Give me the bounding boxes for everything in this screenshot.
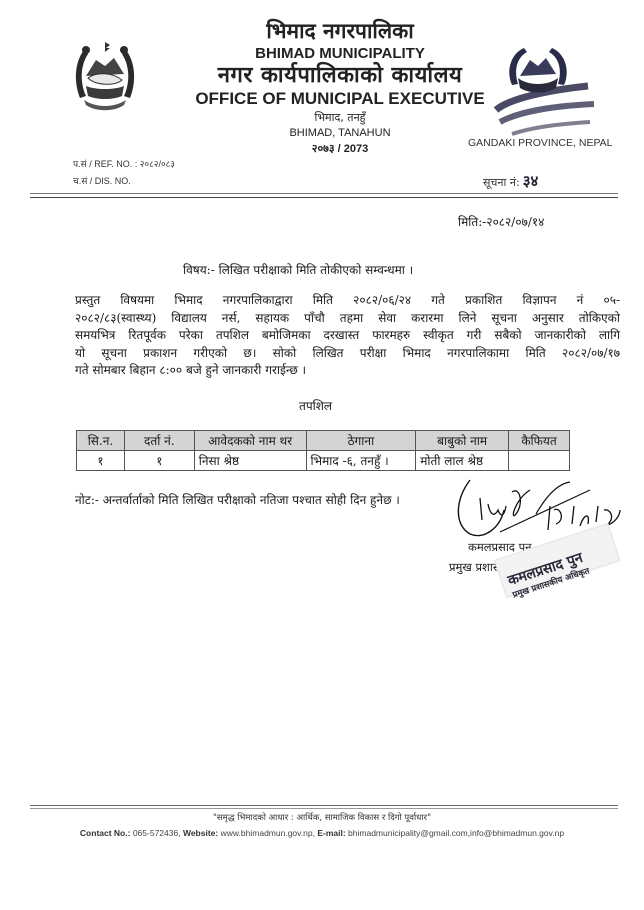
body-line: गते सोमबार बिहान ८:०० बजे हुने जानकारी ग… [75, 362, 620, 380]
cell-remarks [509, 451, 570, 471]
body-line: यो सूचना प्रकाशन गरीएको छ। सोको लिखित पर… [75, 345, 620, 363]
header-divider [30, 193, 618, 198]
cell-applicant-name: निसा श्रेष्ठ [194, 451, 306, 471]
dispatch-number: च.सं / DIS. NO. [73, 174, 131, 187]
col-header-sn: सि.न. [77, 431, 125, 451]
email-label: E-mail: [317, 828, 345, 838]
body-line: २०८२/८३(स्वास्थ्य) विद्यालय नर्स, सहायक … [75, 310, 620, 328]
website-link[interactable]: www.bhimadmun.gov.np, [221, 828, 315, 838]
cell-reg-no: १ [124, 451, 194, 471]
ref-no-label: प.सं / REF. NO. : [73, 159, 137, 169]
province-label: GANDAKI PROVINCE, NEPAL [468, 137, 613, 149]
footer-divider [30, 805, 618, 809]
table-row: १ १ निसा श्रेष्ठ भिमाद -६, तनहुँ । मोती … [77, 451, 570, 471]
col-header-remarks: कैफियत [509, 431, 570, 451]
applicant-table: सि.न. दर्ता नं. आवेदकको नाम थर ठेगाना बा… [76, 430, 570, 471]
footer-contact: Contact No.: 065-572436, Website: www.bh… [0, 828, 644, 838]
footer-slogan: "समृद्ध भिमादको आधार : आर्थिक, सामाजिक व… [0, 812, 644, 823]
letter-date: मिति:-२०८२/०७/१४ [458, 213, 544, 230]
letter-body: प्रस्तुत विषयमा भिमाद नगरपालिकाद्वारा मि… [75, 292, 620, 380]
cell-address: भिमाद -६, तनहुँ । [306, 451, 416, 471]
interview-note: नोट:- अन्तर्वार्ताको मिति लिखित परीक्षाक… [75, 491, 400, 508]
table-caption: तपशिल [299, 397, 332, 414]
notice-no-value: ३४ [523, 172, 539, 190]
notice-number: सूचना नं:३४ [483, 171, 538, 191]
letter-subject: विषय:- लिखित परीक्षाको मिति तोकीएको सम्व… [183, 261, 413, 278]
contact-label: Contact No.: [80, 828, 131, 838]
email-link[interactable]: bhimadmunicipality@gmail.com,info@bhimad… [348, 828, 564, 838]
cell-sn: १ [77, 451, 125, 471]
col-header-father-name: बाबुको नाम [416, 431, 509, 451]
notice-no-label: सूचना नं: [483, 176, 520, 189]
reference-number: प.सं / REF. NO. : २०८२/०८३ [73, 157, 175, 170]
ref-no-value: २०८२/०८३ [140, 159, 175, 169]
col-header-reg-no: दर्ता नं. [124, 431, 194, 451]
contact-value: 065-572436, [133, 828, 181, 838]
body-line: प्रस्तुत विषयमा भिमाद नगरपालिकाद्वारा मि… [75, 292, 620, 310]
col-header-applicant-name: आवेदकको नाम थर [194, 431, 306, 451]
municipality-seal-icon [490, 40, 610, 145]
website-label: Website: [183, 828, 218, 838]
table-header-row: सि.न. दर्ता नं. आवेदकको नाम थर ठेगाना बा… [77, 431, 570, 451]
body-line: समयभित्र रितपूर्वक परेका तपशिल बमोजिमका … [75, 327, 620, 345]
col-header-address: ठेगाना [306, 431, 416, 451]
cell-father-name: मोती लाल श्रेष्ठ [416, 451, 509, 471]
